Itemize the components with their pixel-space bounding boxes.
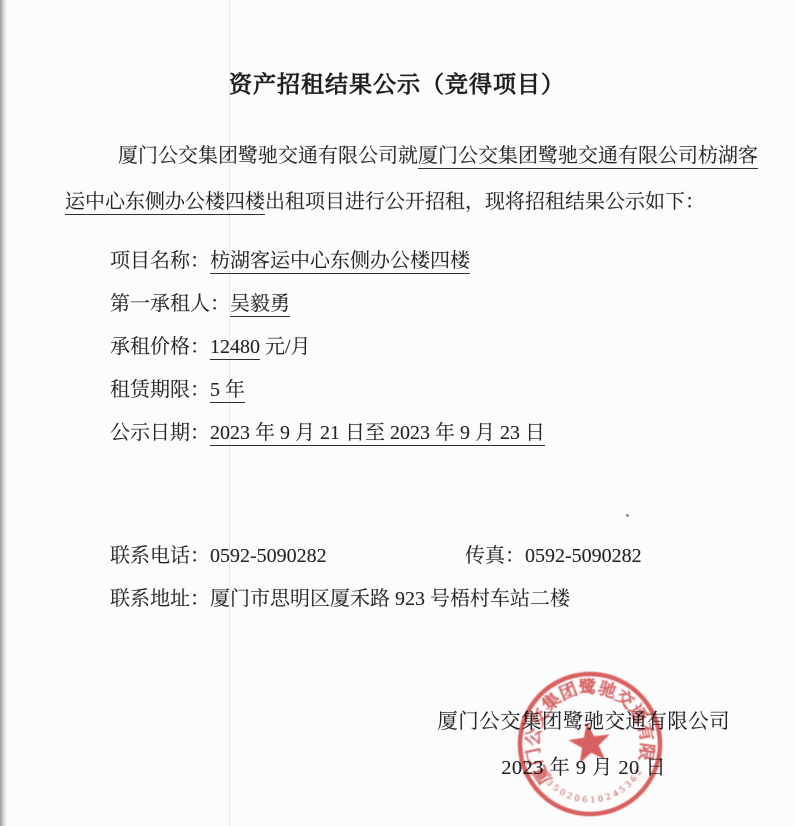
contact-row-phone-fax: 联系电话：0592-5090282 传真：0592-5090282 bbox=[110, 535, 754, 578]
intro-text-cont: 出租项目进行公开招租，现将招租结果公示如下： bbox=[265, 191, 705, 213]
intro-underlined-project-name: 厦门公交集团鹭驰交通有限公司枋湖客 bbox=[418, 145, 758, 169]
ink-speck bbox=[626, 514, 629, 517]
field-value: 枋湖客运中心东侧办公楼四楼 bbox=[210, 250, 470, 274]
field-label: 第一承租人： bbox=[110, 293, 230, 315]
field-row-project-name: 项目名称：枋湖客运中心东侧办公楼四楼 bbox=[110, 240, 545, 283]
scan-edge-shadow bbox=[0, 0, 7, 826]
fax-label: 传真： bbox=[465, 545, 525, 567]
field-label: 公示日期： bbox=[110, 422, 210, 444]
field-label: 承租价格： bbox=[110, 336, 210, 358]
contact-row-address: 联系地址：厦门市思明区厦禾路 923 号梧村车站二楼 bbox=[110, 578, 754, 621]
field-label: 项目名称： bbox=[110, 250, 210, 272]
field-label: 租赁期限： bbox=[110, 379, 210, 401]
result-fields: 项目名称：枋湖客运中心东侧办公楼四楼 第一承租人：吴毅勇 承租价格：12480 … bbox=[110, 240, 545, 455]
field-value: 2023 年 9 月 21 日至 2023 年 9 月 23 日 bbox=[210, 422, 545, 446]
address-label: 联系地址： bbox=[110, 588, 210, 610]
field-value: 12480 bbox=[210, 336, 260, 360]
scanned-document-page: 资产招租结果公示（竞得项目） 厦门公交集团鹭驰交通有限公司就厦门公交集团鹭驰交通… bbox=[0, 0, 794, 826]
field-row-rent-price: 承租价格：12480 元/月 bbox=[110, 326, 545, 369]
field-value: 吴毅勇 bbox=[230, 293, 290, 317]
fax-group: 传真：0592-5090282 bbox=[465, 535, 642, 578]
address-value: 厦门市思明区厦禾路 923 号梧村车站二楼 bbox=[210, 588, 570, 610]
contact-block: 联系电话：0592-5090282 传真：0592-5090282 联系地址：厦… bbox=[110, 535, 754, 621]
phone-label: 联系电话： bbox=[110, 545, 210, 567]
field-suffix: 元/月 bbox=[260, 336, 311, 358]
intro-paragraph-line1: 厦门公交集团鹭驰交通有限公司就厦门公交集团鹭驰交通有限公司枋湖客 bbox=[118, 139, 758, 168]
star-icon bbox=[566, 719, 613, 764]
phone-number: 0592-5090282 bbox=[210, 545, 327, 567]
intro-underlined-project-name-cont: 运中心东侧办公楼四楼 bbox=[65, 191, 265, 215]
field-value: 5 年 bbox=[210, 379, 245, 403]
field-row-first-lessee: 第一承租人：吴毅勇 bbox=[110, 283, 545, 326]
document-title: 资产招租结果公示（竞得项目） bbox=[0, 66, 794, 99]
field-row-lease-term: 租赁期限：5 年 bbox=[110, 369, 545, 412]
fax-number: 0592-5090282 bbox=[525, 545, 642, 567]
official-seal: 厦门公交集团鹭驰交通有限公司 35020610245362 bbox=[503, 657, 677, 826]
intro-paragraph-line2: 运中心东侧办公楼四楼出租项目进行公开招租，现将招租结果公示如下： bbox=[65, 185, 705, 214]
intro-text: 厦门公交集团鹭驰交通有限公司就 bbox=[118, 145, 418, 167]
field-row-publicity-period: 公示日期：2023 年 9 月 21 日至 2023 年 9 月 23 日 bbox=[110, 412, 545, 455]
